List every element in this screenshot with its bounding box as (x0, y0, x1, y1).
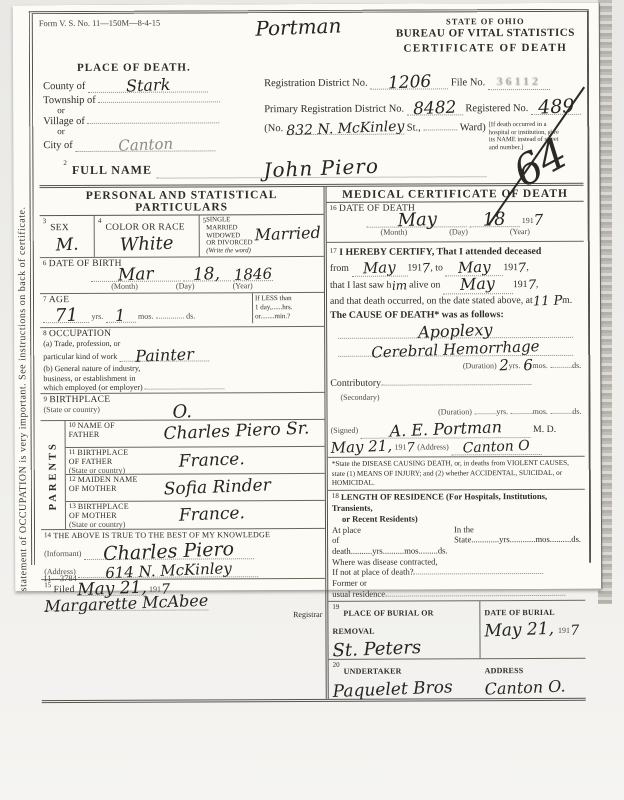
dod-year-printed: 191 (522, 216, 534, 225)
duration2-label: (Duration) (438, 407, 472, 416)
county-value: Stark (126, 79, 171, 94)
village-field (88, 123, 220, 125)
mother-birthplace-value: France. (179, 507, 245, 523)
birthplace-value: O. (173, 405, 193, 420)
header-place-block: PLACE OF DEATH. County of Stark Township… (39, 59, 264, 153)
death-occurred-label: and that death occurred, on the date sta… (330, 295, 533, 307)
father-number: 10 (69, 421, 76, 429)
full-name-field: John Piero (156, 157, 486, 178)
dob-day-field: 18, (183, 266, 231, 281)
undertaker-address-cell: ADDRESS Canton O. (481, 658, 586, 697)
ward-label: Ward) (460, 122, 486, 133)
sex-value: M. (55, 239, 78, 253)
age-days-field (156, 318, 184, 319)
alive-month-value: May (460, 278, 495, 292)
length-of-residence-row: 18 LENGTH OF RESIDENCE (For Hospitals, I… (328, 490, 585, 601)
duration2-ds-caption: ds. (572, 406, 581, 415)
dod-day-field: 18 (469, 211, 519, 227)
left-column-title: PERSONAL AND STATISTICAL PARTICULARS (40, 187, 324, 216)
dob-day-value: 18, (193, 268, 221, 283)
marital-value: Married (254, 227, 320, 242)
physician-signature: A. E. Portman (389, 421, 502, 438)
age-months-field: 1 (106, 308, 136, 323)
secondary-label: (Secondary) (340, 393, 379, 402)
of-death-line: of death..........yrs..........mos......… (332, 535, 448, 556)
occupation-label: OCCUPATION (49, 329, 111, 339)
marital-single: SINGLE (206, 216, 252, 224)
signed-date-value: May 21, (330, 440, 392, 454)
true-statement-label: THE ABOVE IS TRUE TO THE BEST OF MY KNOW… (53, 531, 270, 541)
file-no-field: 36112 (488, 74, 550, 90)
primary-registration-line: Primary Registration District No. 8482 R… (264, 98, 583, 116)
registration-district-field: 1206 (370, 75, 448, 90)
contracted-field (414, 573, 544, 575)
dob-number: 6 (43, 259, 47, 267)
primary-registration-value: 8482 (413, 102, 457, 117)
undertaker-value: Paquelet Bros (332, 681, 452, 699)
state-line: State.............yrs............mos....… (454, 534, 581, 545)
former-label: Former or (332, 578, 367, 588)
state-header-block: STATE OF OHIO BUREAU OF VITAL STATISTICS… (388, 16, 583, 57)
physician-address-field: Canton O (451, 440, 541, 456)
to-year-hand: 7 (518, 264, 527, 275)
undertaker-label: UNDERTAKER (344, 666, 402, 675)
signed-year-printed: 191 (394, 443, 406, 452)
to-year-printed: 191 (503, 262, 518, 273)
from-year-hand: 7 (422, 265, 431, 276)
date-of-death-row: 16 DATE OF DEATH May 18 1917 (Month) (Da… (327, 202, 584, 243)
mother-maiden-name-value: Sofia Rinder (164, 479, 271, 497)
dob-month-field: Mar (90, 267, 180, 282)
date-of-burial-cell: DATE OF BURIAL May 21, 1917 (480, 600, 585, 657)
mother-birthplace-row: 13 BIRTHPLACE OF MOTHER (State or countr… (66, 501, 325, 529)
age-years-value: 71 (54, 309, 77, 324)
primary-registration-label: Primary Registration District No. (264, 104, 404, 116)
city-value: Canton (118, 138, 173, 152)
contributory-label: Contributory (330, 378, 381, 389)
duration2-months-field (511, 413, 533, 414)
sex-race-marital-row: 3 SEX M. 4 COLOR OR RACE White 5 (40, 215, 324, 258)
county-field: Stark (88, 78, 208, 94)
duration-days-field (550, 367, 572, 368)
city-line: City of Canton (43, 136, 264, 152)
street-no-prefix: (No. (264, 123, 283, 134)
full-name-row: 2 FULL NAME John Piero (63, 157, 583, 181)
street-line-text: (No. 832 N. McKinley St., Ward) (264, 121, 486, 135)
filed-label: Filed (54, 585, 75, 595)
dod-month-field: May (367, 211, 467, 227)
right-column-title: MEDICAL CERTIFICATE OF DEATH (327, 186, 584, 203)
father-bp-number: 11 (69, 448, 76, 456)
street-value: 832 N. McKinley (286, 122, 405, 138)
registered-no-value: 489 (538, 99, 575, 116)
or-text-1: or (57, 105, 264, 114)
mother-bp-number: 13 (69, 502, 76, 510)
bureau-title: BUREAU OF VITAL STATISTICS (388, 26, 583, 41)
dod-year-caption: (Year) (510, 227, 530, 236)
occupation-row: 8 OCCUPATION (a) Trade, profession, or p… (40, 327, 324, 394)
mother-label-1: MAIDEN NAME (78, 475, 138, 484)
if-not-label: If not at place of death? (332, 567, 413, 577)
marital-divorced: OR DIVORCED (206, 240, 252, 248)
burial-label: PLACE OF BURIAL OR REMOVAL (332, 608, 433, 635)
residence-number: 18 (332, 492, 339, 500)
registrar-signature-field: Margarette McAbee (44, 596, 208, 612)
certificate-form-border: Form V. S. No. 11—150M—8-4-15 Portman ST… (29, 9, 591, 565)
file-no-label: File No. (451, 77, 485, 88)
full-name-number: 2 (63, 159, 68, 167)
burial-date-value: May 21, (484, 622, 554, 638)
header-top-row: Form V. S. No. 11—150M—8-4-15 Portman ST… (39, 16, 583, 58)
informant-label: (Informant) (44, 549, 81, 558)
dod-number: 16 (330, 204, 337, 212)
usual-residence-label: usual residence (332, 589, 385, 599)
parents-label-text: PARENTS (47, 441, 58, 510)
alive-on-label: alive on (409, 280, 440, 291)
parents-rows: 10 NAME OF FATHER Charles Piero Sr. 11 B… (65, 420, 325, 530)
dod-day-value: 18 (483, 213, 506, 228)
birthplace-label: BIRTHPLACE (49, 395, 110, 405)
registered-no-field: 489 (531, 98, 581, 115)
age-yrs-caption: yrs. (91, 312, 103, 321)
mother-name-row: 12 MAIDEN NAME OF MOTHER Sofia Rinder (66, 474, 325, 502)
death-hour-value: 11 P (532, 296, 562, 308)
father-label-1: NAME OF (78, 421, 115, 430)
duration2-years-field (474, 413, 496, 414)
informant-address-value: 614 N. McKinley (105, 563, 232, 580)
header-registration-block: Registration District No. 1206 File No. … (264, 58, 583, 152)
occupation-b-line2: business, or establishment in (43, 373, 321, 383)
duration-ds-caption: ds. (572, 361, 581, 370)
occupation-number: 8 (43, 329, 47, 337)
residence-label-2: or Recent Residents) (342, 513, 418, 523)
dod-month-value: May (397, 213, 437, 229)
age-row: 7 AGE 71 yrs. 1 mos. ds. (40, 293, 324, 328)
mother-bp-label-1: BIRTHPLACE (78, 502, 129, 511)
certificate-paper: statement of OCCUPATION is very importan… (13, 3, 602, 592)
street-line: (No. 832 N. McKinley St., Ward) [If deat… (264, 121, 583, 152)
race-number: 4 (98, 217, 102, 225)
dob-year-value: 1846 (234, 268, 273, 281)
occupation-b-field (145, 388, 225, 389)
cause-of-death-label: The CAUSE OF DEATH* was as follows: (330, 309, 504, 321)
father-bp-label-2: OF FATHER (69, 457, 113, 466)
street-field: 832 N. McKinley (286, 122, 404, 136)
dob-day-caption: (Day) (176, 282, 195, 291)
occupation-a-field: Painter (119, 348, 209, 363)
dod-year-hand: 7 (534, 214, 544, 226)
in-the-label: In the (454, 524, 474, 534)
age-ds-caption: ds. (186, 312, 195, 321)
plate-number: 11—3784 (43, 573, 77, 583)
usual-residence-field (385, 595, 565, 597)
burial-year-hand: 7 (570, 625, 579, 637)
race-label: COLOR OR RACE (106, 223, 185, 233)
race-cell: 4 COLOR OR RACE White (95, 215, 200, 257)
duration2-mos-caption: mos. (533, 407, 548, 416)
age-months-value: 1 (115, 310, 126, 323)
file-no-stamp-value: 36112 (497, 74, 541, 88)
date-of-birth-row: 6 DATE OF BIRTH Mar 18, 1846 (Month) (Da… (40, 257, 324, 294)
county-label: County of (43, 81, 85, 92)
cause-line-2: Cerebral Hemorrhage (371, 340, 540, 359)
physician-address-label: (Address) (417, 442, 449, 451)
parents-vertical-label: PARENTS (41, 421, 65, 529)
certify-number: 17 (330, 247, 337, 255)
informant-field: Charles Piero (84, 543, 254, 561)
true-statement-number: 14 (44, 532, 51, 540)
to-month-value: May (458, 261, 491, 274)
full-name-label: FULL NAME (72, 163, 152, 177)
from-month-field: May (351, 260, 407, 277)
alive-year-printed: 191 (513, 279, 528, 290)
full-name-value: John Piero (263, 158, 379, 179)
father-bp-label-3: (State or country) (69, 465, 125, 474)
race-value: White (120, 237, 174, 253)
meridiem-label: m. (562, 294, 572, 305)
ward-field (423, 129, 457, 130)
sex-cell: 3 SEX M. (40, 216, 96, 257)
dod-day-caption: (Day) (449, 227, 468, 236)
street-st-label: St., (407, 123, 421, 134)
age-years-field: 71 (43, 307, 89, 323)
personal-particulars-column: PERSONAL AND STATISTICAL PARTICULARS 64 … (40, 187, 329, 700)
informant-address-field: 614 N. McKinley (78, 563, 258, 579)
at-place-label: At place (332, 524, 361, 534)
certificate-columns: PERSONAL AND STATISTICAL PARTICULARS 64 … (40, 183, 586, 703)
place-of-death-heading: PLACE OF DEATH. (77, 61, 264, 74)
undertaker-address-label: ADDRESS (485, 666, 524, 675)
registration-district-label: Registration District No. (264, 78, 368, 89)
age-number: 7 (43, 295, 47, 303)
alive-year-hand: 7 (527, 281, 536, 292)
father-label-2: FATHER (69, 430, 100, 439)
dob-year-field: 1846 (233, 266, 273, 281)
age-mos-caption: mos. (138, 312, 153, 321)
marital-married: MARRIED (206, 224, 252, 232)
penciled-surname: Portman (209, 16, 388, 39)
less-line-1: If LESS than (255, 294, 322, 303)
county-line: County of Stark (43, 77, 264, 93)
undertaker-cell: 20 UNDERTAKER Paquelet Bros (329, 659, 481, 699)
duration-years-value: 2 (499, 359, 509, 371)
duration-label: (Duration) (463, 361, 497, 370)
sex-number: 3 (43, 217, 47, 225)
md-label: M. D. (533, 424, 556, 435)
father-bp-label-1: BIRTHPLACE (77, 448, 128, 457)
cause-line-1: Apoplexy (418, 324, 493, 340)
duration2-yrs-caption: yrs. (496, 407, 508, 416)
sex-label: SEX (50, 223, 69, 233)
certification-row: 17 I HEREBY CERTIFY, That I attended dec… (327, 242, 585, 458)
less-line-3: or........min.? (255, 312, 322, 321)
dob-month-value: Mar (117, 268, 153, 283)
or-text-2: or (57, 126, 264, 135)
signed-label: (Signed) (331, 426, 359, 435)
violent-causes-footnote: *State the DISEASE CAUSING DEATH, or, in… (328, 457, 585, 491)
scanned-death-certificate-page: statement of OCCUPATION is very importan… (0, 0, 624, 800)
duration-mos-caption: mos. (532, 361, 547, 370)
header-grid: PLACE OF DEATH. County of Stark Township… (39, 58, 583, 153)
mother-number: 12 (69, 475, 76, 483)
duration-yrs-caption: yrs. (509, 361, 521, 370)
registration-district-line: Registration District No. 1206 File No. … (264, 74, 583, 91)
alive-month-field: May (443, 277, 513, 295)
primary-registration-field: 8482 (407, 100, 463, 115)
city-label: City of (43, 140, 73, 151)
marital-options: SINGLE MARRIED WIDOWED OR DIVORCED (Writ… (206, 216, 252, 255)
from-year-printed: 191 (407, 263, 422, 274)
township-label: Township of (43, 95, 96, 106)
if-less-than-box: If LESS than 1 day,......hrs. or........… (252, 293, 324, 323)
physician-address-value: Canton O (463, 441, 530, 455)
township-field (98, 102, 220, 104)
occupation-b-line3: which employed (or employer) (43, 383, 142, 392)
birthplace-row: 9 BIRTHPLACE (State or country) O. (40, 393, 324, 421)
burial-place-value: St. Peters (332, 641, 421, 659)
from-month-value: May (363, 261, 396, 274)
birthplace-number: 9 (43, 395, 47, 403)
undertaker-row: 20 UNDERTAKER Paquelet Bros ADDRESS Cant… (329, 658, 586, 698)
residence-label-1: LENGTH OF RESIDENCE (For Hospitals, Inst… (332, 491, 547, 513)
hospital-note: [If death occurred in a hospital or inst… (489, 121, 563, 151)
disease-contracted-label: Where was disease contracted, (332, 556, 438, 566)
marital-widowed: WIDOWED (206, 232, 252, 240)
marital-cell: 5 SINGLE MARRIED WIDOWED OR DIVORCED (Wr… (200, 215, 324, 257)
father-name-value: Charles Piero Sr. (163, 422, 309, 441)
him-handwritten: im (391, 282, 407, 292)
occupation-value: Painter (135, 349, 194, 364)
filed-row: 15 Filed May 21, 1917 Margarette McAbee … (41, 579, 325, 621)
certificate-title: CERTIFICATE OF DEATH (388, 42, 583, 57)
burial-number: 19 (332, 603, 339, 611)
mother-label-2: OF MOTHER (69, 484, 117, 493)
medical-certificate-column: MEDICAL CERTIFICATE OF DEATH 16 DATE OF … (327, 186, 586, 699)
father-name-row: 10 NAME OF FATHER Charles Piero Sr. (66, 420, 325, 448)
form-number: Form V. S. No. 11—150M—8-4-15 (39, 17, 209, 28)
undertaker-number: 20 (333, 661, 340, 669)
father-birthplace-value: France. (178, 453, 244, 469)
last-saw-label: that I last saw h (330, 280, 392, 291)
duration-months-value: 6 (523, 359, 533, 371)
to-label: , to (430, 263, 443, 274)
duration2-days-field (550, 412, 572, 413)
registration-district-value: 1206 (387, 76, 431, 91)
age-label: AGE (49, 295, 69, 305)
less-line-2: 1 day,......hrs. (255, 303, 322, 312)
from-label: from (330, 263, 349, 274)
registered-no-label: Registered No. (465, 103, 528, 114)
contributory-field (381, 384, 531, 386)
place-of-burial-cell: 19 PLACE OF BURIAL OR REMOVAL St. Peters (328, 601, 480, 659)
father-birthplace-row: 11 BIRTHPLACE OF FATHER (State or countr… (66, 447, 325, 475)
informant-row: 14 THE ABOVE IS TRUE TO THE BEST OF MY K… (41, 529, 325, 580)
burial-date-label: DATE OF BURIAL (484, 608, 554, 617)
parents-section: PARENTS 10 NAME OF FATHER Charles Piero … (41, 420, 325, 531)
mother-bp-label-3: (State or country) (69, 519, 125, 528)
marital-write-word: (Write the word) (206, 247, 252, 255)
burial-row: 19 PLACE OF BURIAL OR REMOVAL St. Peters… (328, 600, 585, 659)
signed-year-hand: 7 (406, 443, 415, 454)
burial-year-printed: 191 (558, 626, 570, 635)
occupation-a-line2: particular kind of work (43, 352, 117, 361)
certify-statement: I HEREBY CERTIFY, That I attended deceas… (339, 246, 541, 258)
city-field: Canton (75, 137, 215, 153)
undertaker-address-value: Canton O. (484, 680, 565, 696)
